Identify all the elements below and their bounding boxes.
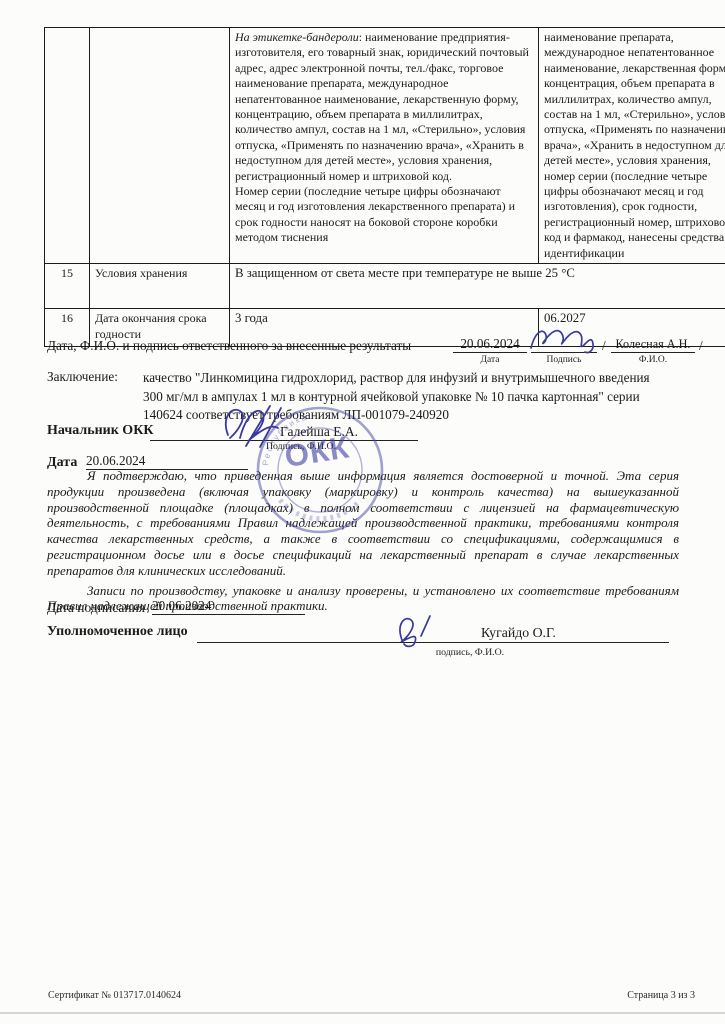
footer-page-number: Страница 3 из 3 xyxy=(627,990,695,1001)
signing-date-label: Дата подписания xyxy=(47,600,145,616)
footer-certificate-number: Сертификат № 013717.0140624 xyxy=(48,990,181,1001)
row14-box-marking-cell: На этикетке-бандероли: наименование пред… xyxy=(230,28,539,264)
responsible-name-caption: Ф.И.О. xyxy=(611,355,695,365)
responsible-date-caption: Дата xyxy=(453,355,527,365)
spec-table: На этикетке-бандероли: наименование пред… xyxy=(44,27,725,347)
signing-date-value: 20.06.2024 xyxy=(152,598,305,615)
responsible-slash-1: / xyxy=(602,338,606,354)
okk-head-label: Начальник ОКК xyxy=(47,423,154,439)
row15-label-cell: Условия хранения xyxy=(90,264,230,309)
authorized-signature-line xyxy=(197,624,669,643)
box-marking-paragraph: На этикетке-бандероли: наименование пред… xyxy=(235,30,533,184)
authorized-caption: подпись, Ф.И.О. xyxy=(425,647,515,658)
responsible-label: Дата, Ф.И.О. и подпись ответственного за… xyxy=(47,338,411,354)
row15-value-cell: В защищенном от света месте при температ… xyxy=(230,264,725,309)
table-row: На этикетке-бандероли: наименование пред… xyxy=(45,28,725,264)
conclusion-label: Заключение: xyxy=(47,369,118,385)
responsible-date: 20.06.2024 xyxy=(453,336,527,353)
box-marking-paragraph-2: Номер серии (последние четыре цифры обоз… xyxy=(235,184,533,246)
okk-stamp: Республика ОКК xyxy=(250,400,390,540)
row15-number-cell: 15 xyxy=(45,264,90,309)
table-row: 15 Условия хранения В защищенном от свет… xyxy=(45,264,725,309)
responsible-sign-caption: Подпись xyxy=(531,355,597,365)
stamp-center-text: ОКК xyxy=(282,429,352,474)
row14-number-cell xyxy=(45,28,90,264)
responsible-name: Колесная А.Н. xyxy=(611,336,695,353)
responsible-signature-line xyxy=(531,336,597,353)
stamp-outer-circle xyxy=(258,408,382,532)
responsible-slash-2: / xyxy=(699,338,703,354)
scan-edge-line xyxy=(0,1012,725,1014)
stamp-bottom-text-band xyxy=(280,500,360,519)
row14-ampoule-marking-cell: наименование препарата, международное не… xyxy=(539,28,725,264)
conclusion-text: качество "Линкомицина гидрохлорид, раств… xyxy=(143,369,663,425)
authorized-label: Уполномоченное лицо xyxy=(47,624,188,640)
box-marking-lead: На этикетке-бандероли xyxy=(235,30,359,44)
box-marking-text: : наименование предприятия-изготовителя,… xyxy=(235,30,529,183)
row14-label-cell xyxy=(90,28,230,264)
authorized-name: Кугайдо О.Г. xyxy=(481,625,556,641)
certificate-page: На этикетке-бандероли: наименование пред… xyxy=(0,0,725,1024)
